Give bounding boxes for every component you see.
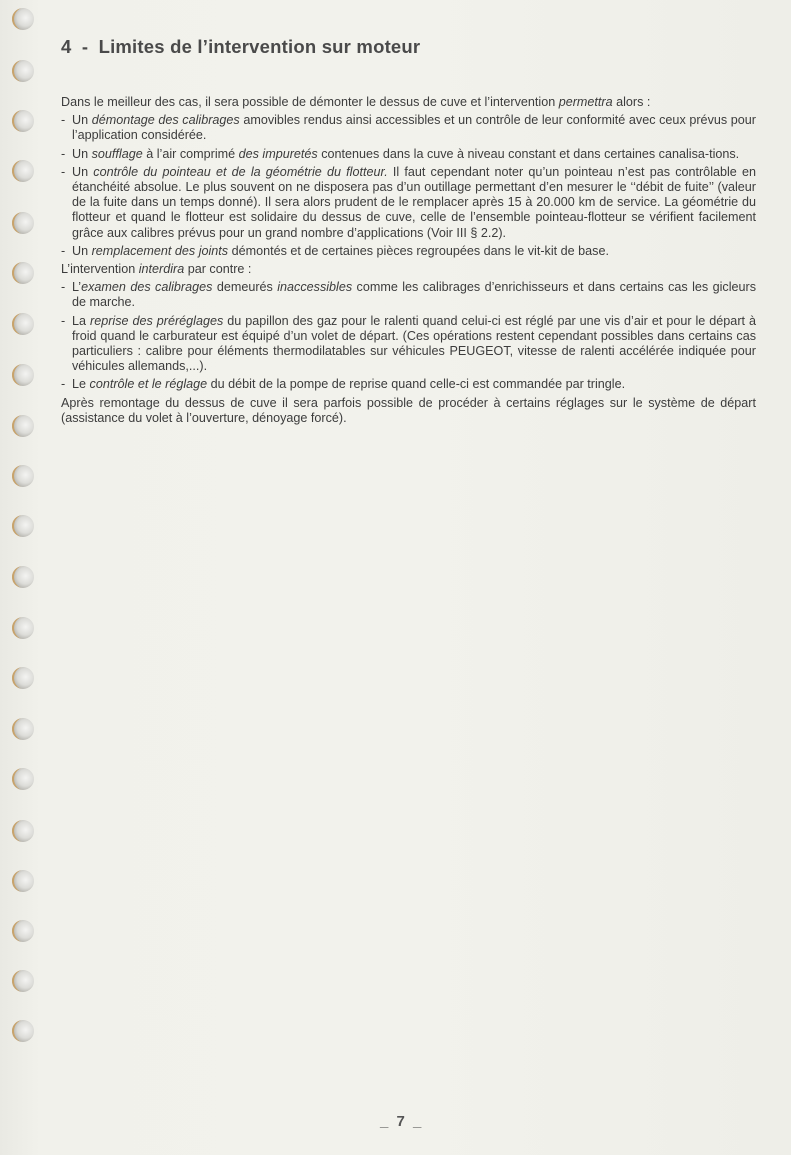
section-separator: - [82,36,88,57]
binding-hole [12,617,34,639]
body-text: Dans le meilleur des cas, il sera possib… [61,95,756,429]
binding-hole [12,515,34,537]
text: Un [72,113,92,127]
list-dash: - [61,113,65,128]
text: La [72,314,90,328]
list-item: - L’examen des calibrages demeurés inacc… [61,280,756,310]
binding-hole [12,262,34,284]
scanned-page: 4 - Limites de l’intervention sur moteur… [0,0,791,1155]
text: Un [72,244,92,258]
page-number: _ 7 _ [380,1113,423,1130]
text: à l’air comprimé [143,147,239,161]
binding-hole [12,920,34,942]
list-item: - Un remplacement des joints démontés et… [61,244,756,259]
list-item: - Un démontage des calibrages amovibles … [61,113,756,143]
text: Le [72,377,90,391]
binding-hole [12,110,34,132]
binding-hole [12,870,34,892]
binding-hole [12,160,34,182]
section-title-text: Limites de l’intervention sur moteur [99,36,421,57]
emphasis: contrôle et le réglage [90,377,208,391]
list-dash: - [61,377,65,392]
text: contenues dans la cuve à niveau constant… [318,147,739,161]
text: Un [72,165,93,179]
emphasis: inaccessibles [277,280,352,294]
list-item: - Un contrôle du pointeau et de la géomé… [61,165,756,241]
binding-hole [12,1020,34,1042]
emphasis: contrôle du pointeau et de la géométrie … [93,165,387,179]
list-dash: - [61,314,65,329]
binding-hole [12,212,34,234]
intro-text-end: alors : [613,95,651,109]
binding-hole [12,566,34,588]
list-item: - Le contrôle et le réglage du débit de … [61,377,756,392]
binding-hole [12,8,34,30]
emphasis: démontage des calibrages [92,113,240,127]
text: Un [72,147,92,161]
binding-hole [12,60,34,82]
binding-hole [12,667,34,689]
permitted-list: - Un démontage des calibrages amovibles … [61,113,756,259]
emphasis: interdira [139,262,185,276]
section-number: 4 [61,36,72,57]
section-title: 4 - Limites de l’intervention sur moteur [61,36,420,58]
list-item: - La reprise des préréglages du papillon… [61,314,756,375]
text: du débit de la pompe de reprise quand ce… [207,377,625,391]
spiral-binding [0,0,50,1155]
binding-hole [12,768,34,790]
binding-hole [12,465,34,487]
text: par contre : [184,262,251,276]
emphasis: des impuretés [239,147,318,161]
binding-hole [12,415,34,437]
text: démontés et de certaines pièces regroupé… [228,244,609,258]
text: demeurés [212,280,277,294]
intro-text: Dans le meilleur des cas, il sera possib… [61,95,559,109]
list-dash: - [61,244,65,259]
binding-hole [12,820,34,842]
binding-hole [12,718,34,740]
forbid-intro-paragraph: L’intervention interdira par contre : [61,262,756,277]
list-dash: - [61,280,65,295]
list-dash: - [61,165,65,180]
emphasis: reprise des préréglages [90,314,223,328]
binding-hole [12,364,34,386]
list-dash: - [61,147,65,162]
emphasis: remplacement des joints [92,244,229,258]
emphasis: soufflage [92,147,143,161]
binding-hole [12,970,34,992]
closing-paragraph: Après remontage du dessus de cuve il ser… [61,396,756,426]
intro-paragraph: Dans le meilleur des cas, il sera possib… [61,95,756,110]
list-item: - Un soufflage à l’air comprimé des impu… [61,147,756,162]
text: L’ [72,280,81,294]
binding-hole [12,313,34,335]
emphasis: examen des calibrages [81,280,212,294]
text: L’intervention [61,262,139,276]
forbidden-list: - L’examen des calibrages demeurés inacc… [61,280,756,392]
intro-emphasis: permettra [559,95,613,109]
